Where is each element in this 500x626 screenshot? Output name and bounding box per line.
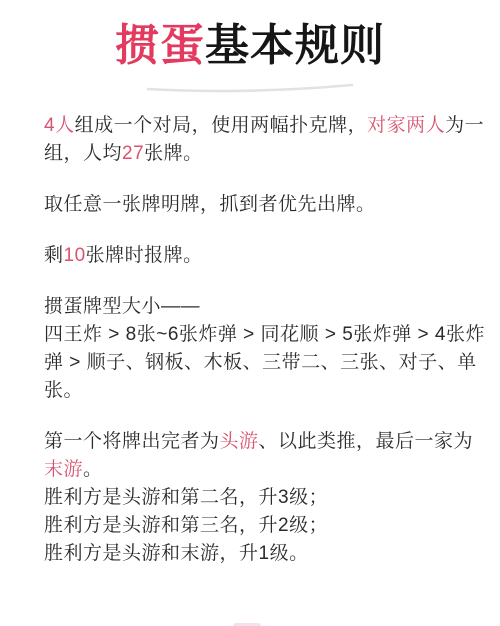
highlighted-keyword: 4人 [44,115,75,136]
rule-block: 剩10张牌时报牌。 [44,242,456,270]
rule-line: 四王炸 > 8张~6张炸弹 > 同花顺 > 5张炸弹 > 4张炸 [44,321,456,349]
title-main-text: 基本规则 [205,21,385,70]
rule-line: 胜利方是头游和第三名，升2级； [44,512,456,540]
highlighted-keyword: 头游 [220,431,259,452]
rule-text: 弹 > 顺子、钢板、木板、三带二、三张、对子、单 [44,352,477,373]
rule-line: 掼蛋牌型大小—— [44,293,456,321]
rule-line: 张。 [44,377,456,405]
rule-text: 掼蛋牌型大小—— [44,296,200,317]
rule-text: 胜利方是头游和末游，升1级。 [44,543,309,564]
page-title: 掼蛋基本规则 [0,18,500,74]
title-underline-swoosh [140,78,360,96]
rule-line: 胜利方是头游和末游，升1级。 [44,540,456,568]
rule-line: 末游。 [44,456,456,484]
rule-text: 胜利方是头游和第二名，升3级； [44,487,328,508]
rules-content: 4人组成一个对局，使用两幅扑克牌，对家两人为一组，人均27张牌。取任意一张牌明牌… [44,112,456,568]
rule-text: 取任意一张牌明牌，抓到者优先出牌。 [44,194,376,215]
rule-text: 为一 [445,115,484,136]
rule-line: 组，人均27张牌。 [44,140,456,168]
rule-text: 剩 [44,245,64,266]
rule-block: 第一个将牌出完者为头游、以此类推，最后一家为末游。胜利方是头游和第二名，升3级；… [44,428,456,568]
rule-text: 四王炸 > 8张~6张炸弹 > 同花顺 > 5张炸弹 > 4张炸 [44,324,485,345]
rule-text: 、以此类推，最后一家为 [259,431,474,452]
rule-line: 4人组成一个对局，使用两幅扑克牌，对家两人为一 [44,112,456,140]
rule-text: 。 [83,459,103,480]
rule-block: 4人组成一个对局，使用两幅扑克牌，对家两人为一组，人均27张牌。 [44,112,456,168]
rule-text: 张牌。 [144,143,203,164]
guandan-rules-poster: 掼蛋基本规则 4人组成一个对局，使用两幅扑克牌，对家两人为一组，人均27张牌。取… [0,0,500,626]
rule-text: 张。 [44,380,83,401]
rule-line: 取任意一张牌明牌，抓到者优先出牌。 [44,191,456,219]
rule-text: 组成一个对局，使用两幅扑克牌， [75,115,368,136]
highlighted-keyword: 末游 [44,459,83,480]
highlighted-keyword: 对家两人 [367,115,445,136]
rule-line: 弹 > 顺子、钢板、木板、三带二、三张、对子、单 [44,349,456,377]
rule-line: 第一个将牌出完者为头游、以此类推，最后一家为 [44,428,456,456]
rule-block: 掼蛋牌型大小——四王炸 > 8张~6张炸弹 > 同花顺 > 5张炸弹 > 4张炸… [44,293,456,405]
rule-text: 第一个将牌出完者为 [44,431,220,452]
rule-text: 胜利方是头游和第三名，升2级； [44,515,328,536]
rule-text: 张牌时报牌。 [86,245,203,266]
highlighted-keyword: 10 [64,245,86,266]
rule-line: 胜利方是头游和第二名，升3级； [44,484,456,512]
rule-block: 取任意一张牌明牌，抓到者优先出牌。 [44,191,456,219]
highlighted-keyword: 27 [122,143,144,164]
title-accent-text: 掼蛋 [115,21,205,70]
rule-line: 剩10张牌时报牌。 [44,242,456,270]
rule-text: 组，人均 [44,143,122,164]
